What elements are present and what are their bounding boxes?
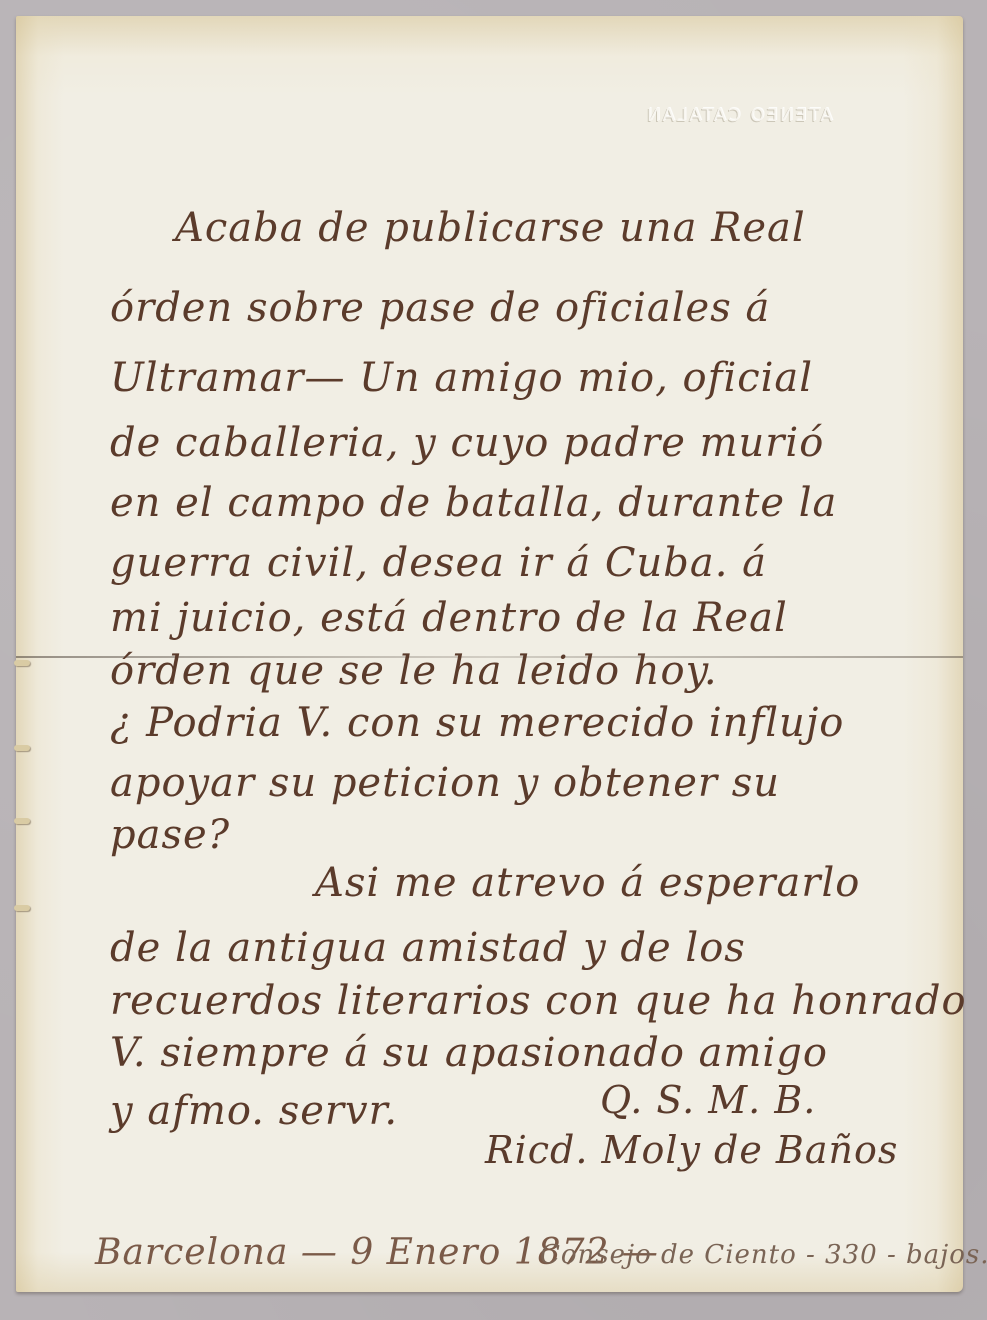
edge-tear — [14, 660, 30, 666]
embossed-stamp: ATENEO CATALAN — [645, 105, 833, 126]
edge-tear — [14, 905, 30, 911]
letter-line: en el campo de batalla, durante la — [110, 480, 837, 526]
letter-line: V. siempre á su apasionado amigo — [110, 1030, 828, 1076]
letter-line: órden que se le ha leido hoy. — [110, 648, 718, 694]
letter-line: mi juicio, está dentro de la Real — [110, 595, 788, 641]
letter-line: apoyar su peticion y obtener su — [110, 760, 780, 806]
letter-line: órden sobre pase de oficiales á — [110, 285, 770, 331]
letter-line: de caballeria, y cuyo padre murió — [110, 420, 824, 466]
letter-line: recuerdos literarios con que ha honrado — [110, 978, 967, 1024]
letter-line: y afmo. servr. — [110, 1088, 398, 1134]
edge-tear — [14, 818, 30, 824]
letter-line: ¿ Podria V. con su merecido influjo — [110, 700, 844, 746]
closing-abbreviation: Q. S. M. B. — [600, 1078, 816, 1122]
sender-address: Consejo de Ciento - 330 - bajos. — [540, 1240, 987, 1270]
signature: Ricd. Moly de Baños — [485, 1128, 898, 1172]
letter-line: Ultramar— Un amigo mio, oficial — [110, 355, 813, 401]
letter-line: pase? — [110, 812, 230, 858]
letter-line: Acaba de publicarse una Real — [175, 205, 806, 251]
letter-line: guerra civil, desea ir á Cuba. á — [110, 540, 767, 586]
letter-line: Asi me atrevo á esperarlo — [315, 860, 860, 906]
edge-tear — [14, 745, 30, 751]
letter-line: de la antigua amistad y de los — [110, 925, 746, 971]
